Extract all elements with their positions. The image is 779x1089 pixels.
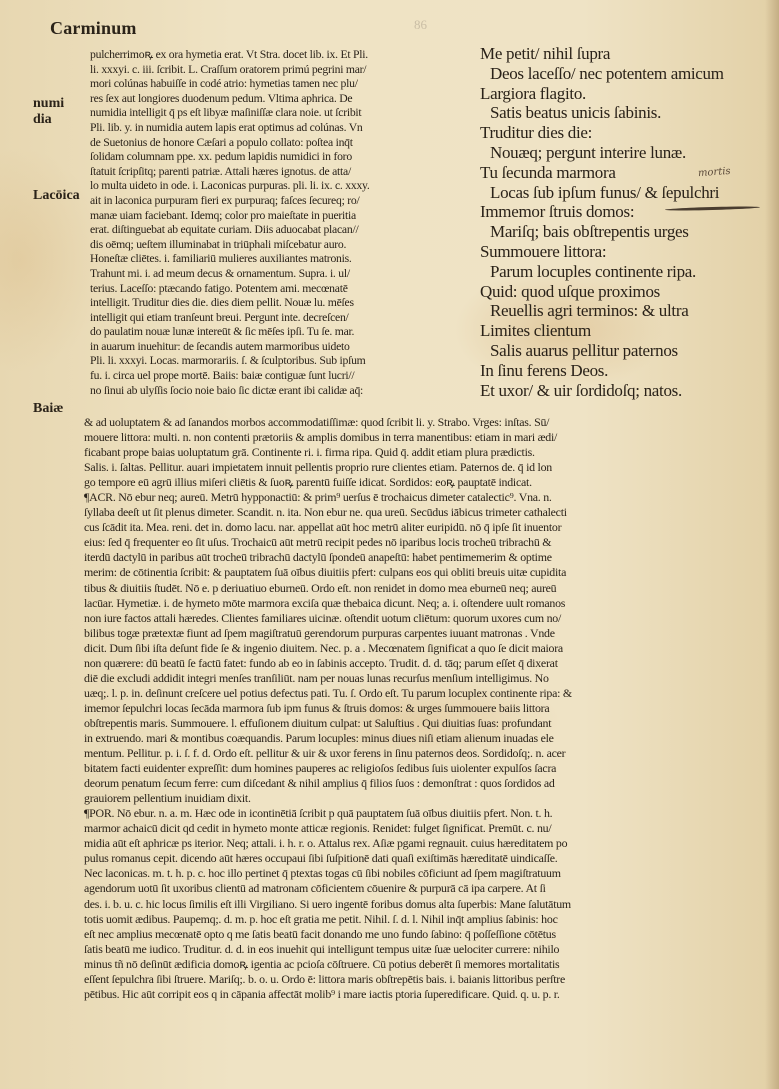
commentary-line: manæ uiam faciebant. Idemq; color pro ma… [90, 209, 468, 224]
commentary-line: Trahunt mi. i. ad meum decus & ornamentu… [90, 267, 468, 282]
verse-line: Largiora flagito. [480, 84, 770, 104]
commentary-line: pulus romanus cepit. dicendo aūt hæres o… [84, 851, 774, 866]
commentary-line: grauiorem pellentium inuidiam dixit. [84, 791, 774, 806]
verse-line: Immemor ſtruis domos: [480, 202, 770, 222]
commentary-line: iterdū dactylū in paribus aūt trocheū tr… [84, 550, 774, 565]
commentary-line: mentum. Pellitur. p. i. ſ. f. d. Ordo eſ… [84, 746, 774, 761]
commentary-line: eſſent ſepulchra ſibi ſtruere. Mariſq;. … [84, 972, 774, 987]
commentary-line: intelligit qui etiam tranſeunt breui. Pe… [90, 311, 468, 326]
margin-note-line: numi [33, 96, 64, 112]
commentary-line: li. xxxyi. c. iii. ſcribit. L. Craſſum o… [90, 63, 468, 78]
commentary-line: eius: ſed q̄ frequenter eo ſit uſus. Tro… [84, 535, 774, 550]
commentary-line: terius. Laceſſo: ptæcando fatigo. Potent… [90, 282, 468, 297]
commentary-line: in auarum inuehitur: de ſecandis autem m… [90, 340, 468, 355]
commentary-line: erat. diſtinguebat ab equitate curiam. D… [90, 223, 468, 238]
ode-verse-column: Me petit/ nihil ſupra Deos laceſſo/ nec … [480, 44, 770, 400]
commentary-line: fu. i. circa uel prope mortē. Baiis: bai… [90, 369, 468, 384]
commentary-line: imemor ſepulchri locas ſecāda marmora ſu… [84, 701, 774, 716]
commentary-column-top: pulcherrimoꝶ ex ora hymetia erat. Vt Str… [90, 48, 468, 398]
commentary-line: pētibus. Hic aūt corripit eos q in cāpan… [84, 987, 774, 1002]
verse-line: Salis auarus pellitur paternos [480, 341, 770, 361]
margin-note-numidia: numi dia [33, 96, 64, 128]
commentary-line: Pli. lib. y. in numidia autem lapis erat… [90, 121, 468, 136]
commentary-line: minus tñ nō deſinūt ædificia domoꝶ igent… [84, 957, 774, 972]
commentary-line: des. i. b. u. c. hic locus ſimilis eſt i… [84, 897, 774, 912]
commentary-line: deorum penatum ſecum ferre: cum diſcedan… [84, 776, 774, 791]
commentary-line: agendorum uotū ſit uxoribus clientū ad m… [84, 881, 774, 896]
commentary-line: & ad uoluptatem & ad ſanandos morbos acc… [84, 415, 774, 430]
commentary-line: ¶ACR. Nō ebur neq; aureū. Metrū hypponac… [84, 490, 774, 505]
verse-line: Nouæq; pergunt interire lunæ. [480, 143, 770, 163]
commentary-line: intelligit. Truditur dies die. dies diem… [90, 296, 468, 311]
commentary-line: obſtrepentis maris. Summouere. l. effuſi… [84, 716, 774, 731]
commentary-line: mori colúnas habuiſſe in codé atrio: hym… [90, 77, 468, 92]
commentary-line: do paulatim nouæ lunæ intereūt & ſic mēſ… [90, 325, 468, 340]
verse-line: In ſinu ferens Deos. [480, 361, 770, 381]
verse-line: Parum locuples continente ripa. [480, 262, 770, 282]
commentary-line: Pli. li. xxxyi. Locas. marmorariis. ſ. &… [90, 354, 468, 369]
commentary-line: in extruendo. mari & montibus coæquandis… [84, 731, 774, 746]
commentary-line: bilibus togæ prætextæ fiunt ad ſpem magi… [84, 626, 774, 641]
verse-line: Truditur dies die: [480, 123, 770, 143]
commentary-line: marmor achaicū dicit qd cedit in hymeto … [84, 821, 774, 836]
commentary-line: go tempore eū agrū illius miſeri cliētis… [84, 475, 774, 490]
verse-line: Me petit/ nihil ſupra [480, 44, 770, 64]
verse-line: Mariſq; bais obſtrepentis urges [480, 222, 770, 242]
commentary-line: ſolidam columnam ppe. xx. pedum lapidis … [90, 150, 468, 165]
margin-note-laconica: Lacōica [33, 188, 80, 204]
commentary-line: non iure factos attali hæredes. Clientes… [84, 611, 774, 626]
verse-line: Limites clientum [480, 321, 770, 341]
margin-note-line: Baiæ [33, 401, 63, 417]
commentary-line: dicit. Dum ſibi iſta deſunt fide ſe & in… [84, 641, 774, 656]
handwritten-annotation: mortis [698, 166, 731, 179]
verse-line: Deos laceſſo/ nec potentem amicum [480, 64, 770, 84]
commentary-line: Salis. i. ſaltas. Pellitur. auari impiet… [84, 460, 774, 475]
running-head: Carminum [50, 18, 137, 39]
commentary-line: no ſinui ab ulyſſis ſocio noie baio ſic … [90, 384, 468, 399]
commentary-line: uæq;. l. p. in. deſinunt creſcere uel po… [84, 686, 774, 701]
verse-line: Reuellis agri terminos: & ultra [480, 301, 770, 321]
verse-line: Et uxor/ & uir ſordidoſq; natos. [480, 381, 770, 401]
commentary-line: dis oēmq; ueſtem illuminabat in triūphal… [90, 238, 468, 253]
verse-line: Summouere littora: [480, 242, 770, 262]
commentary-line: Honeſtæ cliētes. i. familiariū mulieres … [90, 252, 468, 267]
margin-note-baiae: Baiæ [33, 401, 63, 417]
commentary-line: res ſex aut longiores duodenum pedum. Vl… [90, 92, 468, 107]
commentary-line: ¶POR. Nō ebur. n. a. m. Hæc ode in icont… [84, 806, 774, 821]
commentary-line: cus ſcādit ita. Mea. reni. det in. domo … [84, 520, 774, 535]
commentary-line: ſyllaba deeſt ut ſit plenus dimeter. Sca… [84, 505, 774, 520]
commentary-line: lacūar. Hymetiæ. i. de hymeto mōte marmo… [84, 596, 774, 611]
commentary-line: ficabant prope baias uoluptatum grā. Con… [84, 445, 774, 460]
commentary-line: Nec laconicas. m. t. h. p. c. hoc illo p… [84, 866, 774, 881]
commentary-line: de Suetonius de honore Cæſari a populo c… [90, 136, 468, 151]
commentary-line: totis uomit ædibus. Paupemq;. d. m. p. h… [84, 912, 774, 927]
commentary-line: pulcherrimoꝶ ex ora hymetia erat. Vt Str… [90, 48, 468, 63]
commentary-line: merim: de cōtinentia ſcribit: & pauptate… [84, 565, 774, 580]
commentary-line: mouere littora: multi. n. non contenti p… [84, 430, 774, 445]
commentary-line: tibus & diuitiis ſtudēt. Nō e. p deriuat… [84, 581, 774, 596]
commentary-line: ſatis beatū me iudico. Truditur. d. d. i… [84, 942, 774, 957]
commentary-full-width: & ad uoluptatem & ad ſanandos morbos acc… [84, 415, 774, 1002]
verse-line: Locas ſub ipſum funus/ & ſepulchri [480, 183, 770, 203]
margin-note-line: dia [33, 112, 64, 128]
commentary-line: numidia intelligit q̄ ps eſt libyæ maſin… [90, 106, 468, 121]
commentary-line: diē die excludi addidit integri menſes t… [84, 671, 774, 686]
commentary-line: non quærere: dū beatū ſe factū fatet: fu… [84, 656, 774, 671]
commentary-line: lo multa uideto in ode. i. Laconicas pur… [90, 179, 468, 194]
verse-line: Satis beatus unicis ſabinis. [480, 103, 770, 123]
margin-note-line: Lacōica [33, 188, 80, 204]
verse-line: Quid: quod uſque proximos [480, 282, 770, 302]
commentary-line: eſt nec amplius mecœnatē opto q me ſatis… [84, 927, 774, 942]
commentary-line: bitatem facti euidenter expreſſit: dum h… [84, 761, 774, 776]
commentary-line: midia aūt eſt aphricæ ps iterior. Neq; a… [84, 836, 774, 851]
commentary-line: ait in laconica purpuram fieri ex purpur… [90, 194, 468, 209]
commentary-line: ſtatuit ſcripſitq; parenti patriæ. Attal… [90, 165, 468, 180]
folio-number-ghost: 86 [414, 17, 427, 33]
